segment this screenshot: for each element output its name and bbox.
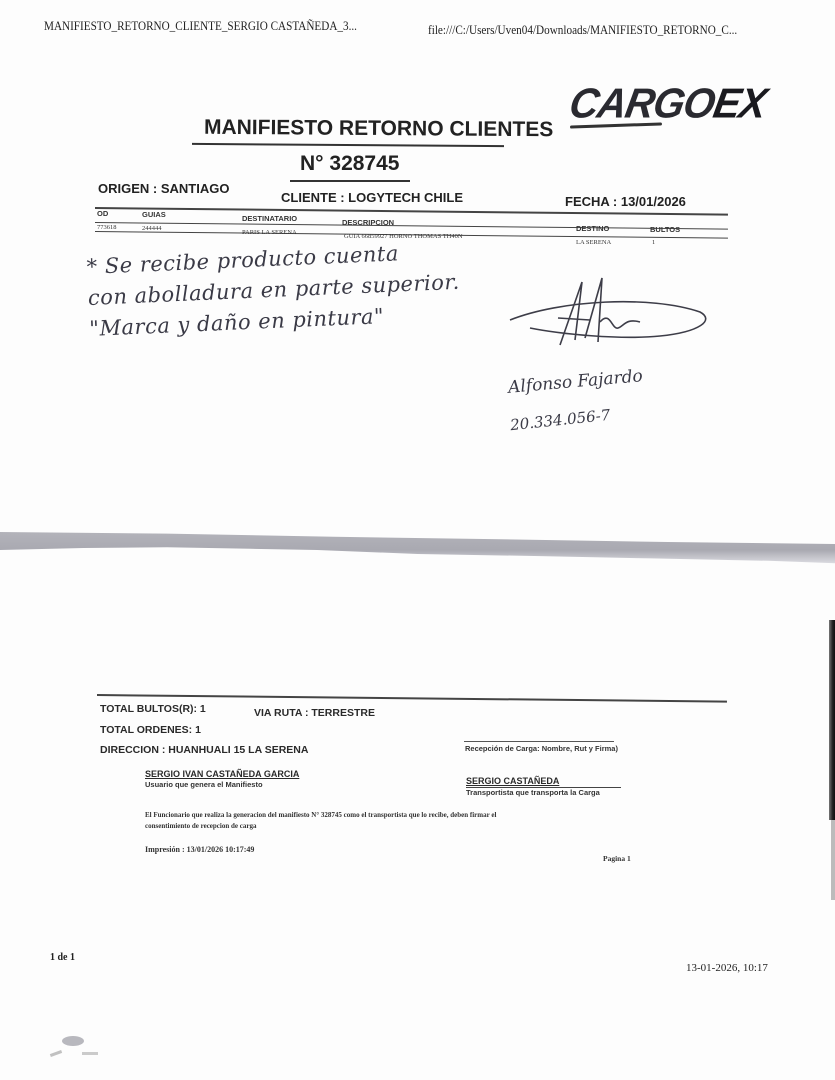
- date-field: FECHA : 13/01/2026: [565, 194, 686, 209]
- col-guias: GUIAS: [142, 210, 166, 219]
- generator-role: Usuario que genera el Manifiesto: [145, 780, 263, 789]
- legal-text: El Funcionario que realiza la generacion…: [145, 810, 525, 832]
- table-header-rule: [95, 222, 728, 230]
- logo-text-accent: EX: [710, 81, 770, 127]
- logo-text-main: CARGO: [566, 81, 718, 127]
- page-label: Pagina 1: [603, 854, 631, 863]
- total-ordenes: TOTAL ORDENES: 1: [100, 724, 201, 736]
- summary-rule: [97, 694, 727, 702]
- generator-name: SERGIO IVAN CASTAÑEDA GARCIA: [145, 769, 299, 779]
- handwritten-signer-rut: 20.334.056-7: [509, 400, 612, 441]
- print-header-title: MANIFIESTO_RETORNO_CLIENTE_SERGIO CASTAÑ…: [44, 18, 357, 34]
- reception-signature-line: [464, 741, 614, 742]
- direccion: DIRECCION : HUANHUALI 15 LA SERENA: [100, 744, 308, 756]
- document-title: MANIFIESTO RETORNO CLIENTES: [204, 116, 553, 142]
- origin-field: ORIGEN : SANTIAGO: [98, 181, 229, 196]
- cell-od: 773618: [97, 224, 117, 231]
- cell-guias: 244444: [142, 225, 162, 232]
- print-footer-datetime: 13-01-2026, 10:17: [686, 962, 768, 974]
- number-underline: [290, 180, 410, 182]
- col-descripcion: DESCRIPCION: [342, 218, 394, 227]
- print-timestamp: Impresión : 13/01/2026 10:17:49: [145, 845, 254, 854]
- cargoex-logo: CARGOEX: [566, 81, 770, 128]
- carrier-role: Transportista que transporta la Carga: [466, 788, 600, 797]
- title-underline: [192, 143, 504, 147]
- scan-tear-band: [0, 532, 835, 572]
- document-number: N° 328745: [300, 152, 399, 176]
- cell-bultos: 1: [652, 239, 655, 246]
- print-footer-page-count: 1 de 1: [50, 952, 75, 963]
- scan-smudge: [82, 1052, 98, 1055]
- col-od: OD: [97, 209, 108, 218]
- cell-destinatario: PARIS LA SERENA: [242, 229, 297, 236]
- reception-label: Recepción de Carga: Nombre, Rut y Firma): [465, 744, 618, 753]
- scan-edge-shadow: [831, 820, 835, 900]
- col-destino: DESTINO: [576, 224, 609, 233]
- scan-edge-shadow: [829, 620, 835, 820]
- col-bultos: BULTOS: [650, 225, 680, 234]
- col-destinatario: DESTINATARIO: [242, 214, 297, 223]
- print-header-url: file:///C:/Users/Uven04/Downloads/MANIFI…: [428, 22, 737, 38]
- handwritten-note: * Se recibe producto cuenta con abolladu…: [86, 236, 462, 345]
- client-field: CLIENTE : LOGYTECH CHILE: [281, 190, 463, 205]
- via-ruta: VIA RUTA : TERRESTRE: [254, 707, 375, 719]
- carrier-name: SERGIO CASTAÑEDA: [466, 776, 559, 786]
- total-bultos: TOTAL BULTOS(R): 1: [100, 703, 206, 715]
- signature-scribble: [500, 270, 720, 370]
- scan-smudge: [62, 1036, 84, 1046]
- scan-smudge: [50, 1050, 62, 1057]
- cell-destino: LA SERENA: [576, 239, 611, 246]
